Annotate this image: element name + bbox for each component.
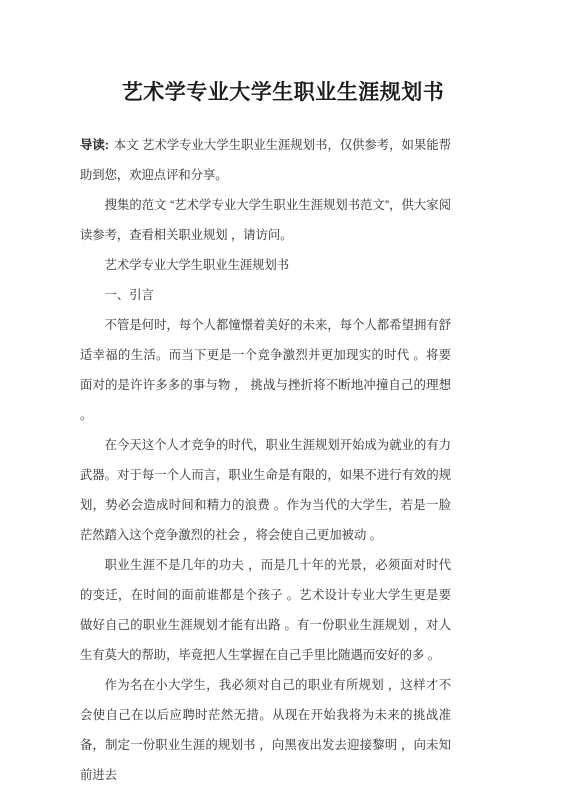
paragraph-body-2: 在今天这个人才竞争的时代，职业生涯规划开始成为就业的有力武器。对于每一个人而言，… bbox=[80, 430, 451, 550]
paragraph-subtitle: 艺术学专业大学生职业生涯规划书 bbox=[80, 250, 451, 280]
document-page: 艺术学专业大学生职业生涯规划书 导读:本文 艺术学专业大学生职业生涯规划书，仅供… bbox=[0, 0, 566, 800]
document-body: 导读:本文 艺术学专业大学生职业生涯规划书，仅供参考，如果能帮助到您，欢迎点评和… bbox=[80, 130, 451, 790]
intro-paragraph: 导读:本文 艺术学专业大学生职业生涯规划书，仅供参考，如果能帮助到您，欢迎点评和… bbox=[80, 130, 451, 190]
paragraph-body-1: 不管是何时，每个人都憧憬着美好的未来，每个人都希望拥有舒适幸福的生活。而当下更是… bbox=[80, 310, 451, 430]
intro-lead-label: 导读: bbox=[80, 138, 109, 152]
document-title: 艺术学专业大学生职业生涯规划书 bbox=[0, 78, 566, 108]
intro-text: 本文 艺术学专业大学生职业生涯规划书，仅供参考，如果能帮助到您，欢迎点评和分享。 bbox=[80, 138, 451, 182]
paragraph-source-note: 搜集的范文 “艺术学专业大学生职业生涯规划书范文”，供大家阅读参考，查看相关职业… bbox=[80, 190, 451, 250]
paragraph-body-3: 职业生涯不是几年的功夫 ，而是几十年的光景，必须面对时代的变迁，在时间的面前谁都… bbox=[80, 550, 451, 670]
paragraph-section-heading: 一、引言 bbox=[80, 280, 451, 310]
paragraph-body-4: 作为名在小大学生，我必须对自己的职业有所规划 ，这样才不会使自己在以后应聘时茫然… bbox=[80, 670, 451, 790]
